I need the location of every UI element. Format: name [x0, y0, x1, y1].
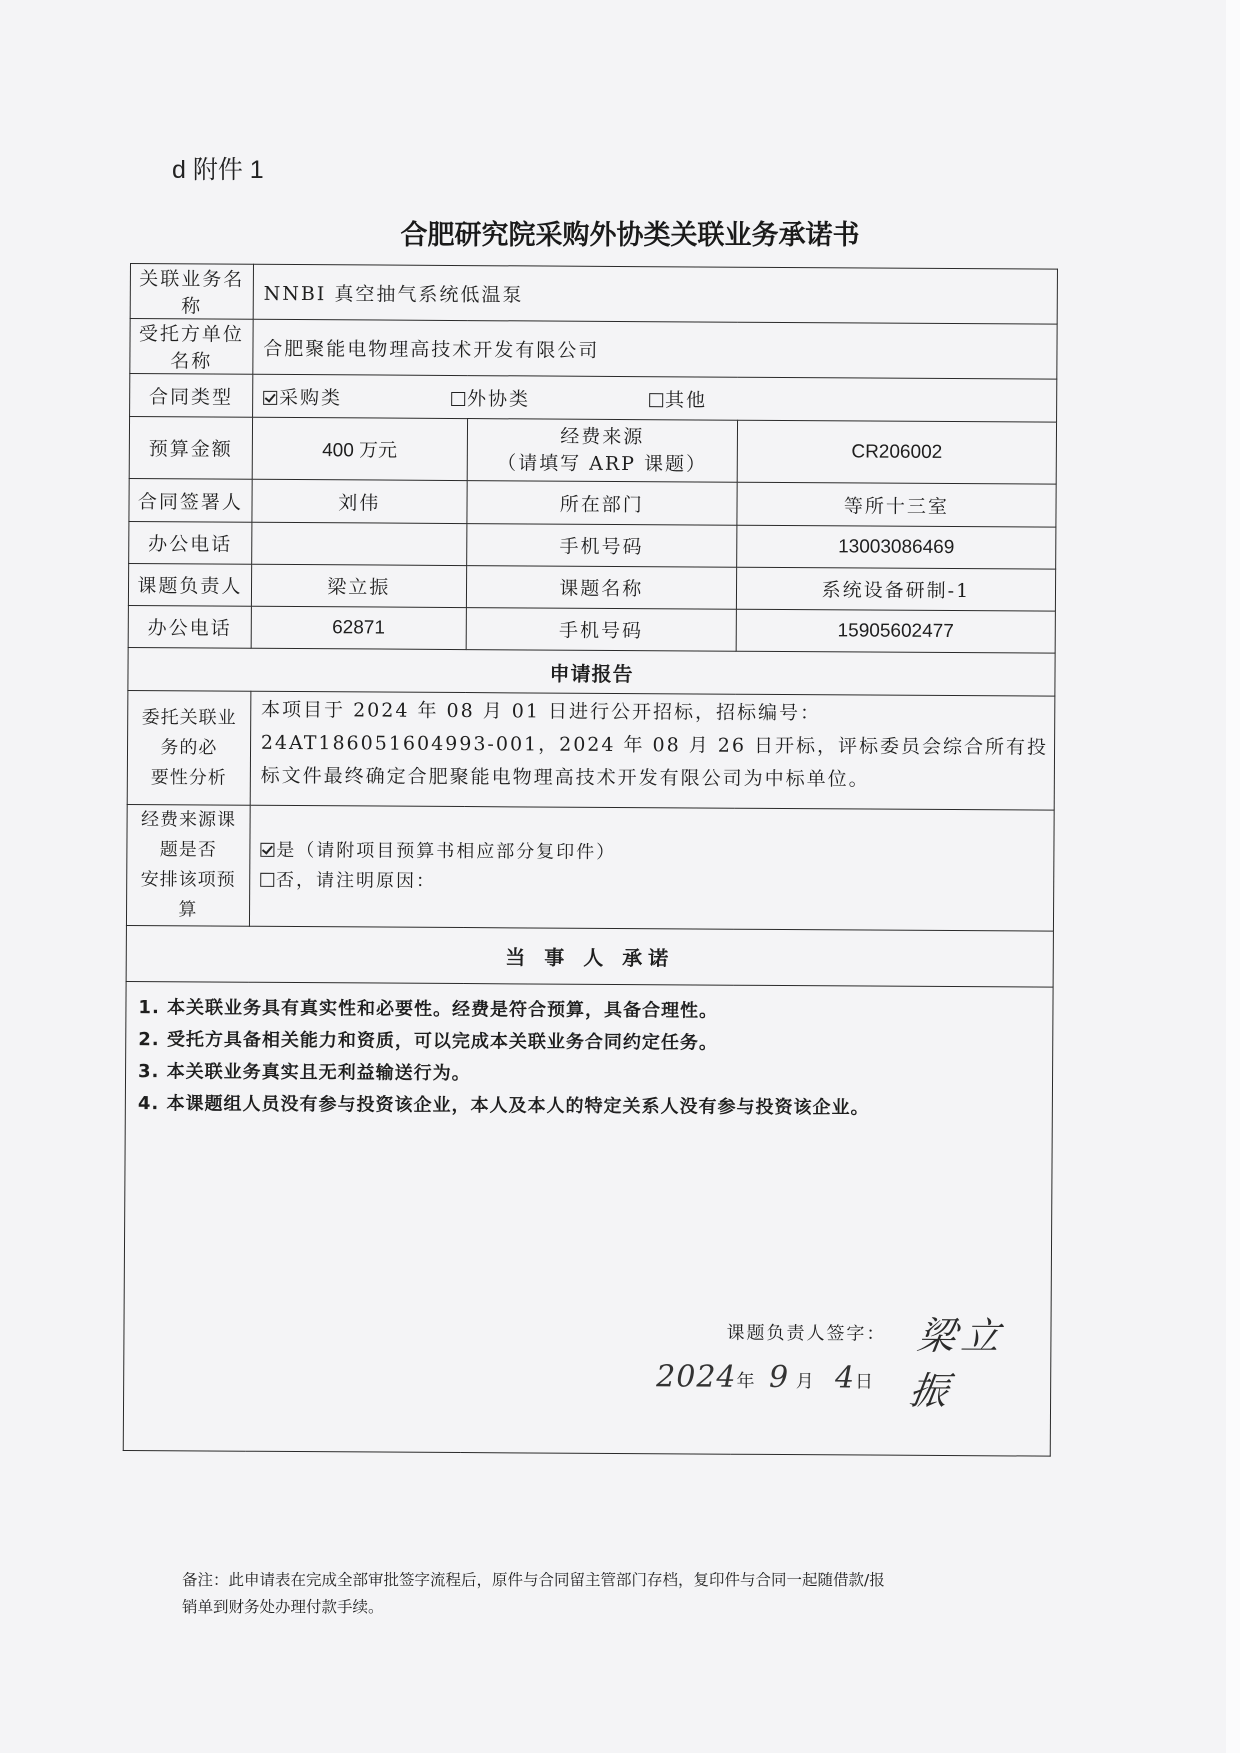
project-lead-value: 梁立振: [251, 564, 466, 607]
option-other[interactable]: 其他: [649, 385, 707, 412]
signature-area: 课题负责人签字： 梁立振 2024年 9 月 4日: [136, 1120, 1040, 1456]
department-label: 所在部门: [467, 481, 737, 526]
option-no[interactable]: 否，请注明原因：: [260, 866, 1047, 901]
signature-date: 2024年 9 月 4日: [656, 1359, 874, 1395]
checkbox-checked-icon[interactable]: [260, 843, 274, 857]
budget-value: 400 万元: [252, 417, 467, 480]
lead-office-phone-value: 62871: [251, 606, 466, 649]
contractor-value: 合肥聚能电物理高技术开发有限公司: [253, 319, 1058, 379]
lead-mobile-value: 15905602477: [736, 609, 1055, 653]
necessity-label: 委托关联业务的必 要性分析: [127, 690, 251, 805]
attachment-label: d 附件 1: [172, 150, 264, 186]
office-phone-label: 办公电话: [129, 521, 252, 564]
row-signer-phone: 办公电话 手机号码 13003086469: [129, 521, 1056, 569]
project-name-label: 课题名称: [466, 566, 736, 610]
scan-edge: [1226, 0, 1240, 1753]
office-phone-value: [251, 522, 466, 565]
row-necessity: 委托关联业务的必 要性分析 本项目于 2024 年 08 月 01 日进行公开招…: [127, 690, 1055, 810]
business-name-label: 关联业务名称: [130, 264, 253, 320]
contract-type-label: 合同类型: [130, 374, 253, 418]
row-budget-arranged: 经费来源课题是否 安排该项预算 是（请附项目预算书相应部分复印件） 否，请注明原…: [126, 804, 1054, 931]
row-report-heading: 申请报告: [128, 647, 1055, 696]
mobile-value: 13003086469: [737, 525, 1056, 569]
commitment-list: 1. 本关联业务具有真实性和必要性。经费是符合预算，具备合理性。 2. 受托方具…: [138, 992, 1041, 1126]
budget-arranged-options: 是（请附项目预算书相应部分复印件） 否，请注明原因：: [249, 805, 1054, 931]
row-commitment-heading: 当 事 人 承诺: [126, 925, 1053, 987]
document-title: 合肥研究院采购外协类关联业务承诺书: [0, 213, 1240, 252]
checkbox-empty-icon[interactable]: [451, 391, 465, 405]
row-commitment-body: 1. 本关联业务具有真实性和必要性。经费是符合预算，具备合理性。 2. 受托方具…: [123, 981, 1053, 1456]
commitment-heading: 当 事 人 承诺: [126, 925, 1053, 987]
business-name-value: NNBI 真空抽气系统低温泵: [253, 264, 1058, 324]
checkbox-empty-icon[interactable]: [649, 393, 663, 407]
contractor-label: 受托方单位名称: [130, 319, 253, 375]
checkbox-empty-icon[interactable]: [260, 873, 274, 887]
row-contract-type: 合同类型 采购类 外协类 其他: [130, 374, 1057, 423]
signer-label: 合同签署人: [129, 478, 252, 522]
report-heading: 申请报告: [128, 647, 1055, 696]
footer-note: 备注：此申请表在完成全部审批签字流程后，原件与合同留主管部门存档，复印件与合同一…: [182, 1567, 1042, 1621]
department-value: 等所十三室: [737, 482, 1056, 527]
option-yes[interactable]: 是（请附项目预算书相应部分复印件）: [260, 836, 1047, 871]
contract-type-options: 采购类 外协类 其他: [252, 374, 1056, 422]
lead-mobile-label: 手机号码: [466, 608, 736, 652]
mobile-label: 手机号码: [466, 524, 736, 568]
option-outsourcing[interactable]: 外协类: [451, 383, 641, 411]
project-lead-label: 课题负责人: [128, 563, 251, 606]
row-project-lead: 课题负责人 梁立振 课题名称 系统设备研制-1: [128, 563, 1055, 611]
row-signer: 合同签署人 刘伟 所在部门 等所十三室: [129, 478, 1056, 527]
funding-source-label: 经费来源 （请填写 ARP 课题）: [467, 419, 738, 483]
project-name-value: 系统设备研制-1: [736, 567, 1055, 611]
lead-office-phone-label: 办公电话: [128, 605, 251, 648]
commitment-form-table: 关联业务名称 NNBI 真空抽气系统低温泵 受托方单位名称 合肥聚能电物理高技术…: [123, 263, 1058, 1457]
signature-label: 课题负责人签字：: [726, 1319, 886, 1346]
funding-source-value: CR206002: [737, 420, 1056, 484]
row-budget: 预算金额 400 万元 经费来源 （请填写 ARP 课题） CR206002: [129, 417, 1056, 485]
row-contractor: 受托方单位名称 合肥聚能电物理高技术开发有限公司: [130, 319, 1057, 380]
commitment-body: 1. 本关联业务具有真实性和必要性。经费是符合预算，具备合理性。 2. 受托方具…: [123, 981, 1053, 1456]
row-business-name: 关联业务名称 NNBI 真空抽气系统低温泵: [130, 264, 1057, 325]
budget-label: 预算金额: [129, 417, 252, 480]
option-procurement[interactable]: 采购类: [263, 382, 443, 410]
handwritten-signature: 梁立振: [906, 1305, 1046, 1416]
budget-arranged-label: 经费来源课题是否 安排该项预算: [126, 804, 250, 926]
checkbox-checked-icon[interactable]: [263, 390, 277, 404]
signer-value: 刘伟: [252, 479, 467, 523]
necessity-text: 本项目于 2024 年 08 月 01 日进行公开招标，招标编号： 24AT18…: [250, 691, 1055, 810]
row-lead-phone: 办公电话 62871 手机号码 15905602477: [128, 605, 1055, 653]
